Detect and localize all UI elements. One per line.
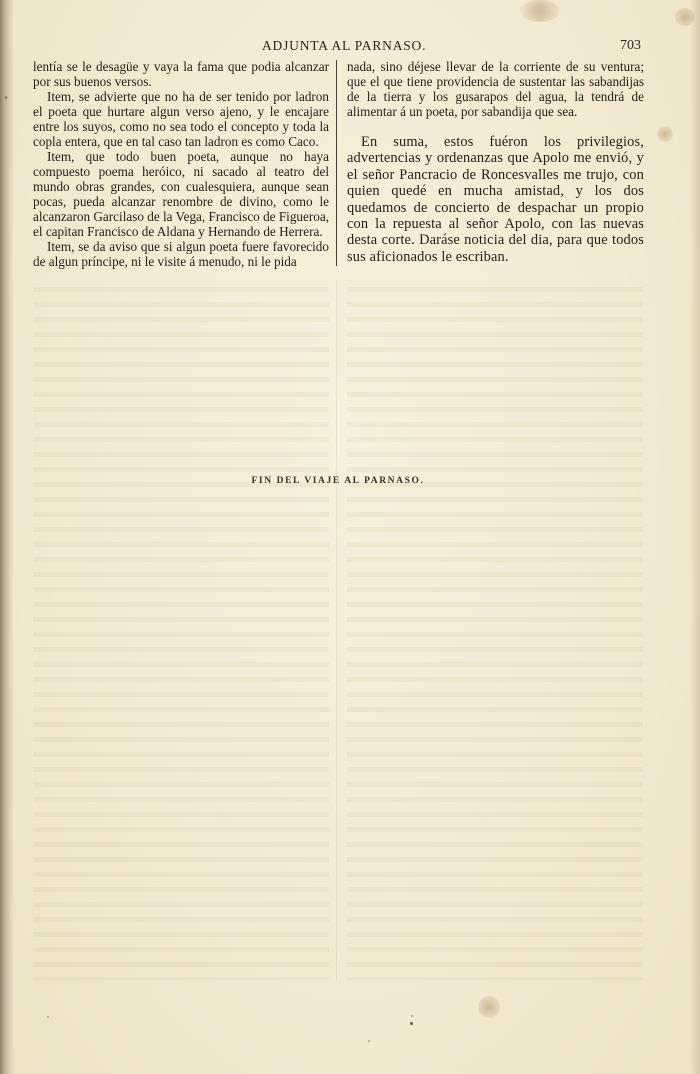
colophon: FIN DEL VIAJE AL PARNASO. [0,476,676,486]
paper-speck [5,96,7,99]
page-edge-shade [690,0,700,1074]
paragraph: En suma, estos fuéron los privilegios, a… [347,134,644,265]
page-number: 703 [620,38,641,54]
paragraph: nada, sino déjese llevar de la corriente… [347,59,644,119]
paragraph: Item, que todo buen poeta, aunque no hay… [33,149,329,239]
paper-stain [520,0,560,22]
paragraph: Item, se advierte que no ha de ser tenid… [33,89,329,149]
bleed-through-left [33,280,329,980]
scanned-page: ADJUNTA AL PARNASO. 703 lentía se le des… [0,0,700,1074]
paper-speck [411,1015,413,1017]
paper-speck [410,1022,413,1025]
left-column: lentía se le desagüe y vaya la fama que … [33,59,329,269]
right-column: nada, sino déjese llevar de la corriente… [347,59,644,265]
running-title: ADJUNTA AL PARNASO. [262,38,426,54]
binding-gutter-shadow [0,0,14,1074]
bleed-through-right [347,280,643,980]
paragraph: Item, se da aviso que si algun poeta fue… [33,239,329,269]
column-rule [336,60,337,266]
paper-stain [675,8,695,26]
paper-speck [47,1016,49,1018]
paragraph: lentía se le desagüe y vaya la fama que … [33,59,329,89]
paper-speck [368,1040,370,1042]
paper-stain [478,996,500,1018]
paper-stain [657,126,673,142]
running-head: ADJUNTA AL PARNASO. 703 [0,38,700,58]
bleed-through-divider [336,280,337,980]
